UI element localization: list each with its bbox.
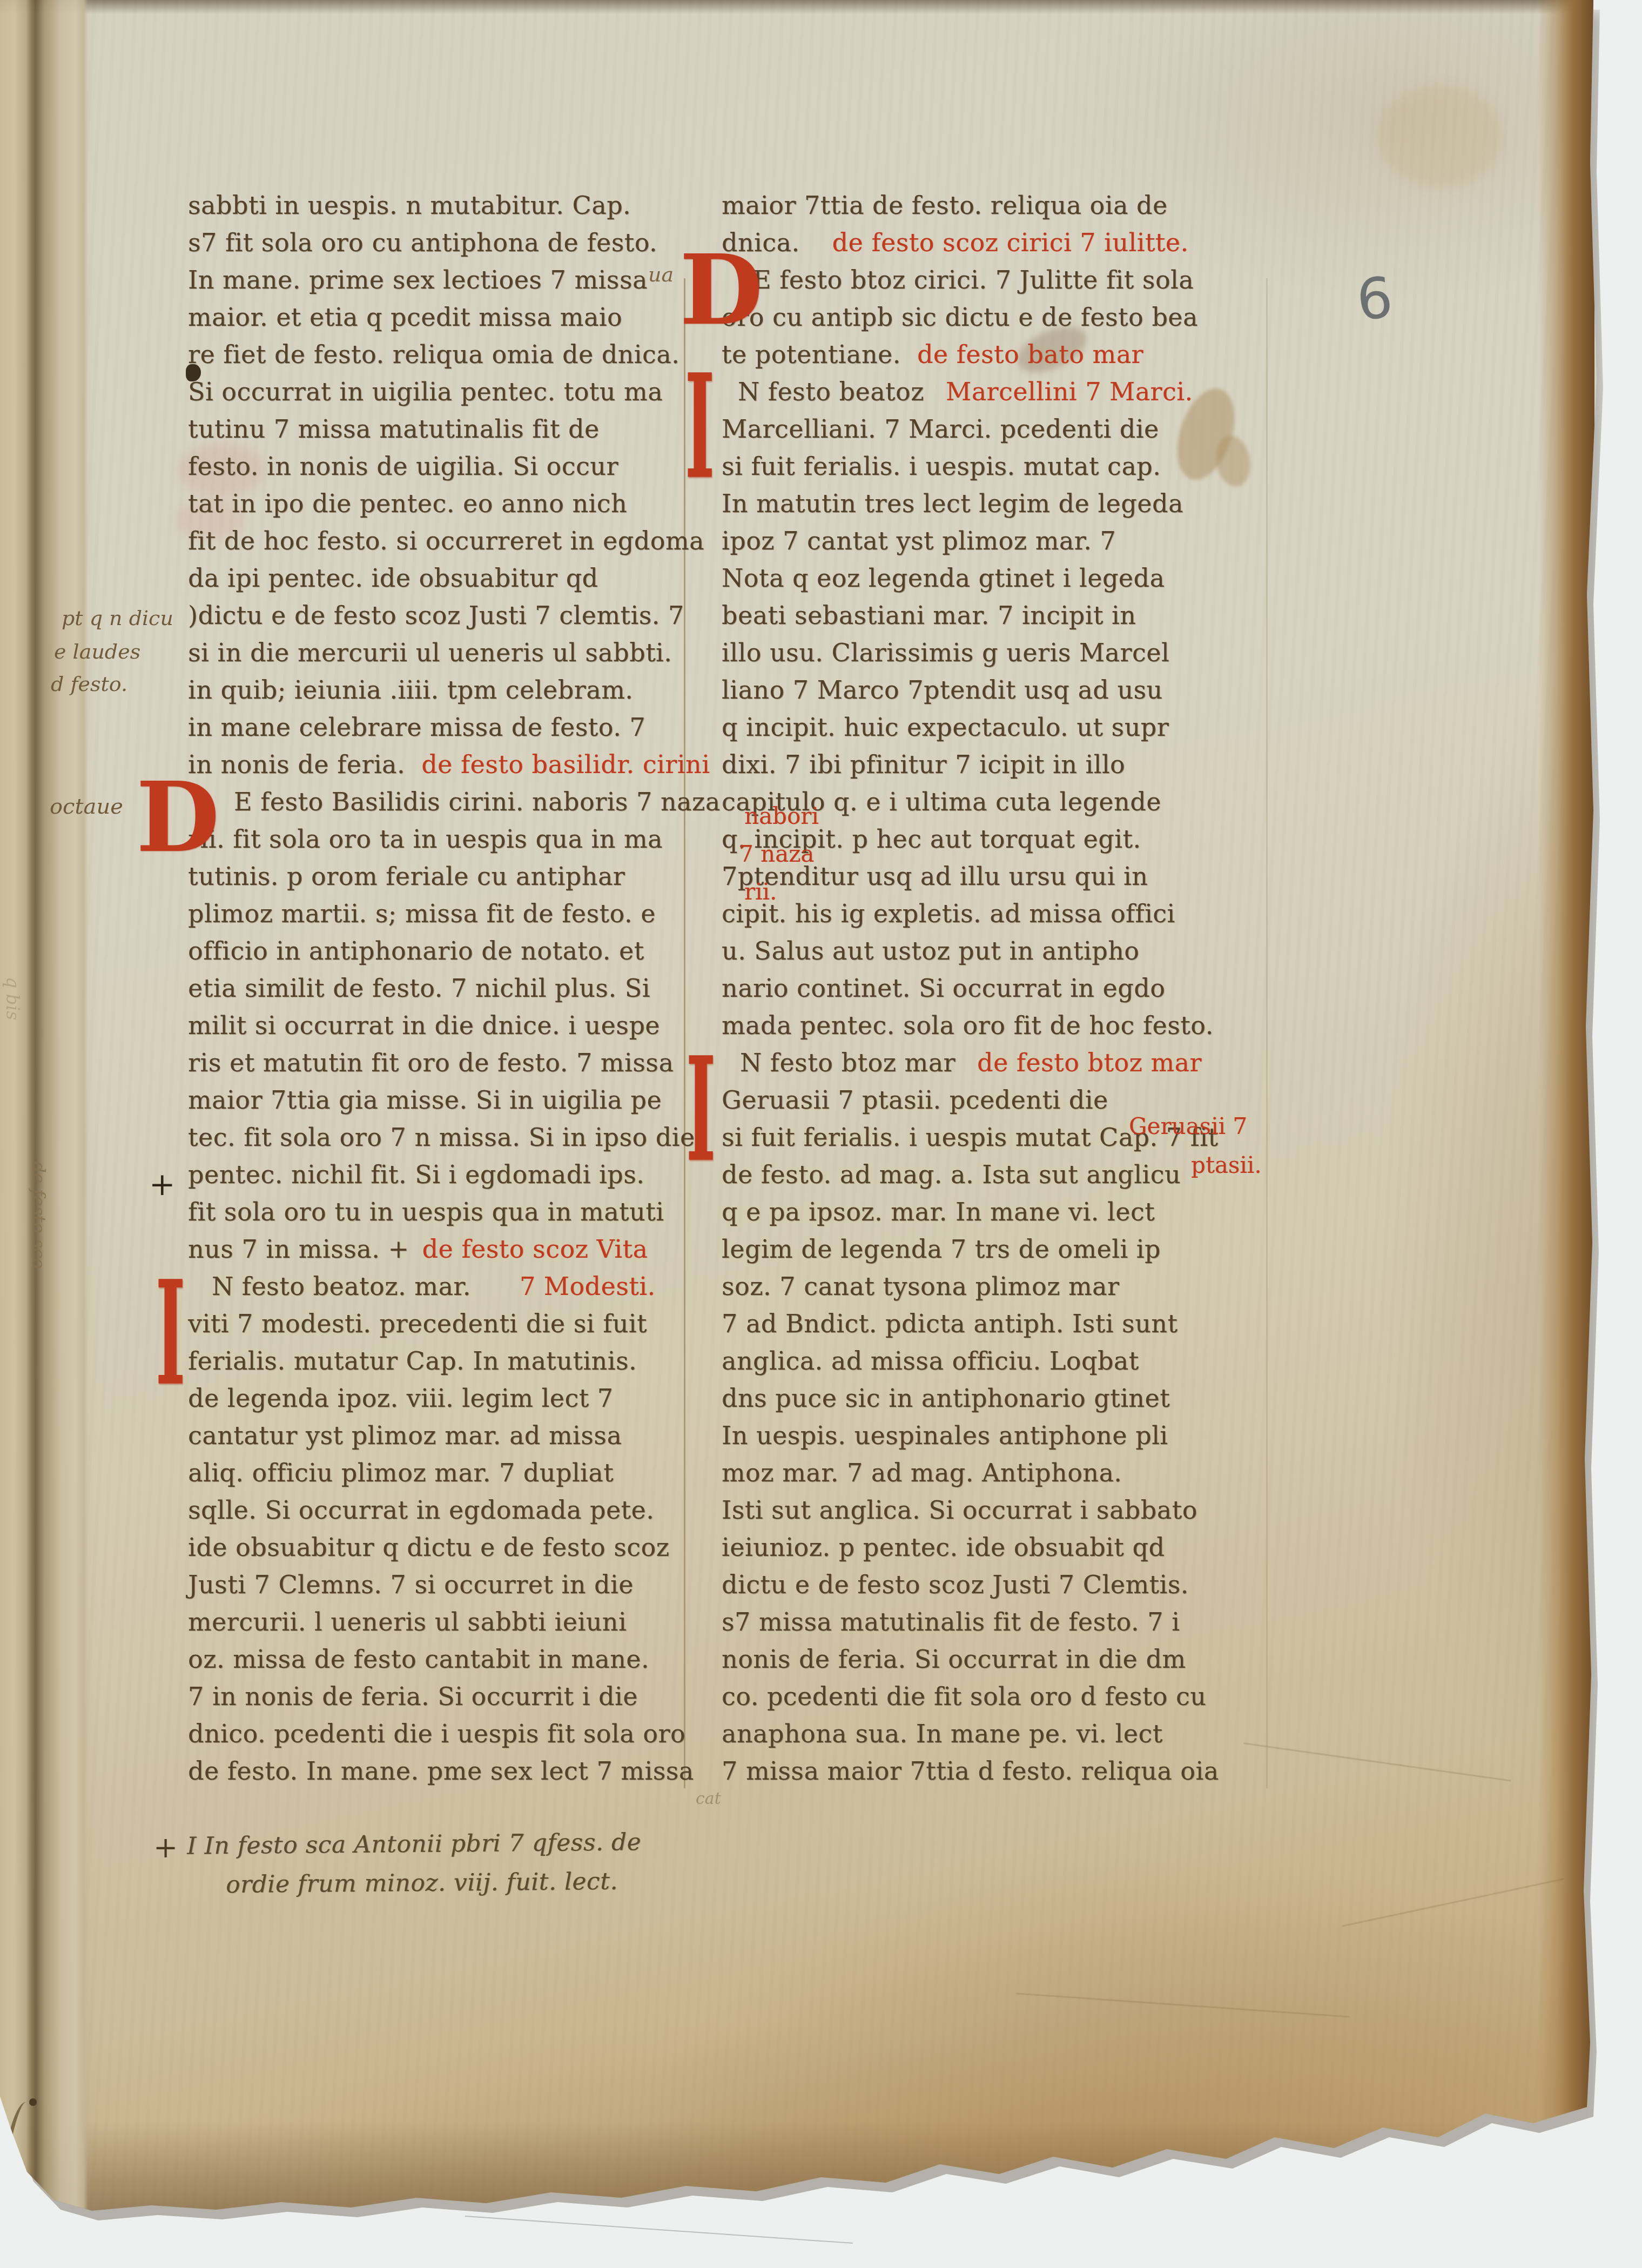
- line-text: anglica. ad missa officiu. Loqbat: [722, 1346, 1139, 1375]
- text-line: dns puce sic in antiphonario gtinet: [722, 1383, 1170, 1413]
- text-line: tutinu 7 missa matutinalis fit de: [188, 414, 600, 444]
- text-line: mercurii. l ueneris ul sabbti ieiuni: [188, 1607, 627, 1637]
- text-line: 7 missa maior 7ttia d festo. reliqua oia: [722, 1756, 1219, 1786]
- addendum-cross: +: [153, 1830, 178, 1864]
- text-line: Si occurrat in uigilia pentec. totu ma: [188, 377, 663, 407]
- text-line: liano 7 Marco 7ptendit usq ad usu: [722, 675, 1163, 705]
- text-line: soz. 7 canat tysona plimoz mar: [722, 1271, 1120, 1301]
- text-line: si in die mercurii ul ueneris ul sabbti.: [188, 638, 672, 668]
- line-text: In matutin tres lect legim de legeda: [722, 489, 1183, 518]
- text-line: maior 7ttia gia misse. Si in uigilia pe: [188, 1085, 662, 1115]
- text-line: 7 in nonis de feria. Si occurrit i die: [188, 1681, 638, 1712]
- line-text: maior. et etia q pcedit missa maio: [188, 303, 622, 332]
- line-text: 7 missa maior 7ttia d festo. reliqua oia: [722, 1756, 1219, 1786]
- margin-rule: [1266, 278, 1268, 1788]
- text-line: de legenda ipoz. viii. legim lect 7: [188, 1383, 614, 1413]
- text-line: nario continet. Si occurrat in egdo: [722, 973, 1165, 1003]
- text-line: in quib; ieiunia .iiii. tpm celebram.: [188, 675, 633, 705]
- text-line: fit de hoc festo. si occurreret in egdom…: [188, 526, 704, 556]
- text-line: de festo. ad mag. a. Ista sut anglicu: [722, 1159, 1181, 1190]
- margin-red-geruasii: Geruasii 7: [1129, 1113, 1247, 1139]
- text-line: In matutin tres lect legim de legeda: [722, 488, 1183, 519]
- text-line: N festo beatozMarcellini 7 Marci.: [738, 377, 1193, 407]
- text-line: maior. et etia q pcedit missa maio: [188, 302, 622, 332]
- text-line: aliq. officiu plimoz mar. 7 dupliat: [188, 1458, 614, 1488]
- line-text: nus 7 in missa. +: [188, 1234, 409, 1264]
- line-text: 7 ad Bndict. pdicta antiph. Isti sunt: [722, 1309, 1177, 1338]
- margin-note-line: e laudes: [54, 640, 173, 663]
- line-text: )dictu e de festo scoz Justi 7 clemtis. …: [188, 601, 684, 630]
- text-line: in mane celebrare missa de festo. 7: [188, 712, 645, 742]
- margin-red-naza: 7 naza: [739, 841, 814, 867]
- margin-note-line: d festo.: [51, 672, 173, 696]
- line-text: da ipi pentec. ide obsuabitur qd: [188, 563, 598, 593]
- line-text: festo. in nonis de uigilia. Si occur: [188, 452, 618, 481]
- text-line: in nonis de feria.de festo basilidr. cir…: [188, 749, 710, 780]
- line-text: Nota q eoz legenda gtinet i legeda: [722, 563, 1165, 593]
- line-text: mada pentec. sola oro fit de hoc festo.: [722, 1011, 1214, 1040]
- text-line: si fuit ferialis. i uespis. mutat cap.: [722, 451, 1161, 481]
- text-line: fit sola oro tu in uespis qua in matuti: [188, 1197, 664, 1227]
- initial-d-left: D: [136, 777, 219, 858]
- text-line: beati sebastiani mar. 7 incipit in: [722, 600, 1136, 630]
- rubric-text: de festo scoz Vita: [422, 1234, 648, 1264]
- line-text: aliq. officiu plimoz mar. 7 dupliat: [188, 1458, 614, 1487]
- line-text: Marcelliani. 7 Marci. pcedenti die: [722, 414, 1159, 444]
- margin-red-rii: rii.: [744, 878, 777, 905]
- line-text: in mane celebrare missa de festo. 7: [188, 713, 645, 742]
- line-text: tat in ipo die pentec. eo anno nich: [188, 489, 627, 518]
- margin-note-laudes: pt q n dicu e laudes d festo.: [54, 606, 173, 696]
- text-line: dnica.de festo scoz cirici 7 iulitte.: [722, 227, 1189, 258]
- line-text: s7 fit sola oro cu antiphona de festo.: [188, 228, 657, 257]
- line-text: viti 7 modesti. precedenti die si fuit: [188, 1309, 647, 1338]
- line-text: nonis de feria. Si occurrat in die dm: [722, 1645, 1186, 1674]
- line-text: 7 in nonis de feria. Si occurrit i die: [188, 1682, 638, 1711]
- scanner-scratch: [465, 2216, 853, 2244]
- text-line: ris et matutin fit oro de festo. 7 missa: [188, 1048, 674, 1078]
- text-line: cipit. his ig expletis. ad missa offici: [722, 898, 1175, 929]
- text-line: s7 missa matutinalis fit de festo. 7 i: [722, 1607, 1180, 1637]
- line-text: milit si occurrat in die dnice. i uespe: [188, 1011, 660, 1040]
- text-line: Nota q eoz legenda gtinet i legeda: [722, 563, 1165, 593]
- crease-line: [1016, 1992, 1350, 2017]
- parchment-page: 6 sabbti in uespis. n mutabitur. Cap.s7 …: [0, 0, 1642, 2268]
- text-line: plimoz martii. s; missa fit de festo. e: [188, 898, 656, 929]
- line-text: E festo btoz cirici. 7 Julitte fit sola: [753, 265, 1194, 294]
- text-line: maior 7ttia de festo. reliqua oia de: [722, 190, 1168, 220]
- margin-note-octave: octaue: [50, 794, 123, 819]
- line-text: nario continet. Si occurrat in egdo: [722, 974, 1165, 1003]
- line-text: de festo. ad mag. a. Ista sut anglicu: [722, 1160, 1181, 1189]
- text-line: co. pcedenti die fit sola oro d festo cu: [722, 1681, 1206, 1712]
- manuscript-scan: 6 sabbti in uespis. n mutabitur. Cap.s7 …: [0, 0, 1642, 2268]
- text-line: sqlle. Si occurrat in egdomada pete.: [188, 1495, 654, 1525]
- text-line: dixi. 7 ibi pfinitur 7 icipit in illo: [722, 749, 1125, 780]
- text-line: 7 ad Bndict. pdicta antiph. Isti sunt: [722, 1309, 1177, 1339]
- text-line: festo. in nonis de uigilia. Si occur: [188, 451, 618, 481]
- text-line: da ipi pentec. ide obsuabitur qd: [188, 563, 598, 593]
- text-line: anglica. ad missa officiu. Loqbat: [722, 1346, 1139, 1376]
- line-text: in quib; ieiunia .iiii. tpm celebram.: [188, 675, 633, 704]
- text-line: legim de legenda 7 trs de omeli ip: [722, 1234, 1161, 1264]
- line-text: plimoz martii. s; missa fit de festo. e: [188, 899, 656, 928]
- line-text: anaphona sua. In mane pe. vi. lect: [722, 1719, 1163, 1748]
- line-text: co. pcedenti die fit sola oro d festo cu: [722, 1682, 1206, 1711]
- text-line: N festo beatoz. mar.7 Modesti.: [212, 1271, 656, 1301]
- line-text: tec. fit sola oro 7 n missa. Si in ipso …: [188, 1123, 695, 1152]
- rubric-text: de festo btoz mar: [977, 1048, 1202, 1077]
- text-line: Marcelliani. 7 Marci. pcedenti die: [722, 414, 1159, 444]
- text-line: In mane. prime sex lectioes 7 missa: [188, 265, 648, 295]
- crease-line: [1342, 1878, 1564, 1927]
- text-line: rii. fit sola oro ta in uespis qua in ma: [188, 824, 663, 854]
- line-text: dictu e de festo scoz Justi 7 Clemtis.: [722, 1570, 1189, 1599]
- initial-i-left: I: [156, 1273, 185, 1394]
- text-line: In uespis. uespinales antiphone pli: [722, 1420, 1168, 1451]
- text-line: tutinis. p orom feriale cu antiphar: [188, 861, 625, 891]
- crease-line: [1243, 1742, 1511, 1782]
- line-text: q e pa ipsoz. mar. In mane vi. lect: [722, 1197, 1155, 1226]
- text-line: ide obsuabitur q dictu e de festo scoz: [188, 1532, 670, 1562]
- gutter-scribble: q bis: [2, 977, 23, 1020]
- text-line: dictu e de festo scoz Justi 7 Clemtis.: [722, 1569, 1189, 1600]
- line-text: illo usu. Clarissimis g ueris Marcel: [722, 638, 1169, 667]
- line-text: In mane. prime sex lectioes 7 missa: [188, 265, 648, 294]
- text-line: nus 7 in missa. +de festo scoz Vita: [188, 1234, 648, 1264]
- line-text: de legenda ipoz. viii. legim lect 7: [188, 1384, 614, 1413]
- catchword: cat: [696, 1789, 721, 1808]
- line-text: In uespis. uespinales antiphone pli: [722, 1421, 1168, 1450]
- initial-d-right: D: [679, 250, 763, 331]
- line-text: q incipit. huic expectaculo. ut supr: [722, 713, 1169, 742]
- line-text: maior 7ttia gia misse. Si in uigilia pe: [188, 1085, 662, 1115]
- line-text: sqlle. Si occurrat in egdomada pete.: [188, 1495, 654, 1525]
- line-text: mercurii. l ueneris ul sabbti ieiuni: [188, 1607, 627, 1636]
- text-line: E festo Basilidis cirini. naboris 7 naza: [234, 787, 721, 817]
- text-line: sabbti in uespis. n mutabitur. Cap.: [188, 190, 631, 220]
- line-text: de festo. In mane. pme sex lect 7 missa: [188, 1756, 694, 1786]
- line-text: in nonis de feria.: [188, 750, 405, 779]
- folio-number: 6: [1354, 264, 1396, 333]
- line-text: u. Salus aut ustoz put in antipho: [722, 936, 1139, 965]
- line-text: cantatur yst plimoz mar. ad missa: [188, 1421, 622, 1450]
- addendum-line-2: ordie frum minoz. viij. fuit. lect.: [226, 1867, 618, 1900]
- text-line: te potentiane.de festo bato mar: [722, 339, 1143, 370]
- text-line: viti 7 modesti. precedenti die si fuit: [188, 1309, 647, 1339]
- line-text: ipoz 7 cantat yst plimoz mar. 7: [722, 526, 1116, 555]
- text-line: Geruasii 7 ptasii. pcedenti die: [722, 1085, 1108, 1115]
- binding-gutter: [0, 0, 100, 2268]
- rubric-text: 7 Modesti.: [520, 1272, 656, 1301]
- line-text: officio in antiphonario de notato. et: [188, 936, 644, 965]
- text-line: officio in antiphonario de notato. et: [188, 936, 644, 966]
- text-line: de festo. In mane. pme sex lect 7 missa: [188, 1756, 694, 1786]
- line-text: Isti sut anglica. Si occurrat i sabbato: [722, 1495, 1197, 1525]
- line-text: etia similit de festo. 7 nichil plus. Si: [188, 974, 650, 1003]
- line-text: cipit. his ig expletis. ad missa offici: [722, 899, 1175, 928]
- line-text: Si occurrat in uigilia pentec. totu ma: [188, 377, 663, 406]
- line-text: ris et matutin fit oro de festo. 7 missa: [188, 1048, 674, 1077]
- text-line: moz mar. 7 ad mag. Antiphona.: [722, 1458, 1122, 1488]
- line-text: tutinis. p orom feriale cu antiphar: [188, 862, 625, 891]
- page-right-edge: [1538, 0, 1594, 2123]
- line-text: N festo beatoz. mar.: [212, 1272, 471, 1301]
- line-text: oz. missa de festo cantabit in mane.: [188, 1645, 649, 1674]
- line-text: maior 7ttia de festo. reliqua oia de: [722, 191, 1168, 220]
- line-text: sabbti in uespis. n mutabitur. Cap.: [188, 191, 631, 220]
- line-text: rii. fit sola oro ta in uespis qua in ma: [188, 824, 663, 854]
- line-text: dnico. pcedenti die i uespis fit sola or…: [188, 1719, 685, 1748]
- line-text: N festo btoz mar: [740, 1048, 955, 1077]
- line-text: moz mar. 7 ad mag. Antiphona.: [722, 1458, 1122, 1487]
- text-line: dnico. pcedenti die i uespis fit sola or…: [188, 1719, 685, 1749]
- gutter-vertical-note: de festo sco: [28, 1162, 49, 1269]
- text-line: nonis de feria. Si occurrat in die dm: [722, 1644, 1186, 1674]
- rubric-text: de festo basilidr. cirini: [421, 750, 710, 779]
- rubric-text: de festo scoz cirici 7 iulitte.: [832, 228, 1189, 257]
- line-text: si fuit ferialis. i uespis. mutat cap.: [722, 452, 1161, 481]
- line-text: N festo beatoz: [738, 377, 924, 406]
- text-line: ipoz 7 cantat yst plimoz mar. 7: [722, 526, 1116, 556]
- text-line: )dictu e de festo scoz Justi 7 clemtis. …: [188, 600, 684, 630]
- line-text: E festo Basilidis cirini. naboris 7 naza: [234, 787, 721, 816]
- text-line: cantatur yst plimoz mar. ad missa: [188, 1420, 622, 1451]
- line-text: ieiunioz. p pentec. ide obsuabit qd: [722, 1533, 1165, 1562]
- line-text: ide obsuabitur q dictu e de festo scoz: [188, 1533, 670, 1562]
- line-text: Justi 7 Clemns. 7 si occurret in die: [188, 1570, 634, 1599]
- text-line: E festo btoz cirici. 7 Julitte fit sola: [753, 265, 1194, 295]
- rubric-text: Marcellini 7 Marci.: [946, 377, 1193, 406]
- line-text: soz. 7 canat tysona plimoz mar: [722, 1272, 1120, 1301]
- text-line: etia similit de festo. 7 nichil plus. Si: [188, 973, 650, 1003]
- line-text: beati sebastiani mar. 7 incipit in: [722, 601, 1136, 630]
- line-text: re fiet de festo. reliqua omia de dnica.: [188, 340, 679, 369]
- text-line: tat in ipo die pentec. eo anno nich: [188, 488, 627, 519]
- line-text: fit sola oro tu in uespis qua in matuti: [188, 1197, 664, 1226]
- text-line: re fiet de festo. reliqua omia de dnica.: [188, 339, 679, 370]
- margin-red-nabori: nabori: [744, 803, 819, 829]
- line-text: liano 7 Marco 7ptendit usq ad usu: [722, 675, 1163, 704]
- text-line: ieiunioz. p pentec. ide obsuabit qd: [722, 1532, 1165, 1562]
- text-line: pentec. nichil fit. Si i egdomadi ips.: [188, 1159, 644, 1190]
- line-text: tutinu 7 missa matutinalis fit de: [188, 414, 600, 444]
- text-line: Isti sut anglica. Si occurrat i sabbato: [722, 1495, 1197, 1525]
- text-line: milit si occurrat in die dnice. i uespe: [188, 1010, 660, 1041]
- text-line: N festo btoz marde festo btoz mar: [740, 1048, 1202, 1078]
- text-line: tec. fit sola oro 7 n missa. Si in ipso …: [188, 1122, 695, 1152]
- margin-cross: +: [149, 1166, 176, 1203]
- margin-note-line: pt q n dicu: [62, 606, 173, 630]
- line-text: s7 missa matutinalis fit de festo. 7 i: [722, 1607, 1180, 1636]
- initial-i-right-1: I: [685, 366, 715, 488]
- text-line: q e pa ipsoz. mar. In mane vi. lect: [722, 1197, 1155, 1227]
- text-line: anaphona sua. In mane pe. vi. lect: [722, 1719, 1163, 1749]
- line-text: oro cu antipb sic dictu e de festo bea: [722, 303, 1198, 332]
- margin-red-ptasii: ptasii.: [1191, 1152, 1262, 1178]
- line-text: Geruasii 7 ptasii. pcedenti die: [722, 1085, 1108, 1115]
- text-line: mada pentec. sola oro fit de hoc festo.: [722, 1010, 1214, 1041]
- text-line: u. Salus aut ustoz put in antipho: [722, 936, 1139, 966]
- line-text: legim de legenda 7 trs de omeli ip: [722, 1234, 1161, 1264]
- stain: [1378, 85, 1503, 188]
- line-text: ferialis. mutatur Cap. In matutinis.: [188, 1346, 637, 1375]
- text-line: q incipit. huic expectaculo. ut supr: [722, 712, 1169, 742]
- line-text: dixi. 7 ibi pfinitur 7 icipit in illo: [722, 750, 1125, 779]
- text-line: s7 fit sola oro cu antiphona de festo.: [188, 227, 657, 258]
- line-text: fit de hoc festo. si occurreret in egdom…: [188, 526, 704, 555]
- rubric-text: de festo bato mar: [917, 340, 1143, 369]
- line-text: pentec. nichil fit. Si i egdomadi ips.: [188, 1160, 644, 1189]
- addendum-line-1: I In festo sca Antonii pbri 7 qfess. de: [187, 1827, 642, 1861]
- sewing-hole: [29, 2098, 37, 2106]
- text-line: ferialis. mutatur Cap. In matutinis.: [188, 1346, 637, 1376]
- text-line: oro cu antipb sic dictu e de festo bea: [722, 302, 1198, 332]
- initial-i-right-2: I: [686, 1049, 716, 1171]
- intercolumn-mark: ua: [648, 263, 674, 286]
- text-line: illo usu. Clarissimis g ueris Marcel: [722, 638, 1169, 668]
- text-line: oz. missa de festo cantabit in mane.: [188, 1644, 649, 1674]
- line-text: si in die mercurii ul ueneris ul sabbti.: [188, 638, 672, 667]
- text-line: Justi 7 Clemns. 7 si occurret in die: [188, 1569, 634, 1600]
- line-text: dns puce sic in antiphonario gtinet: [722, 1384, 1170, 1413]
